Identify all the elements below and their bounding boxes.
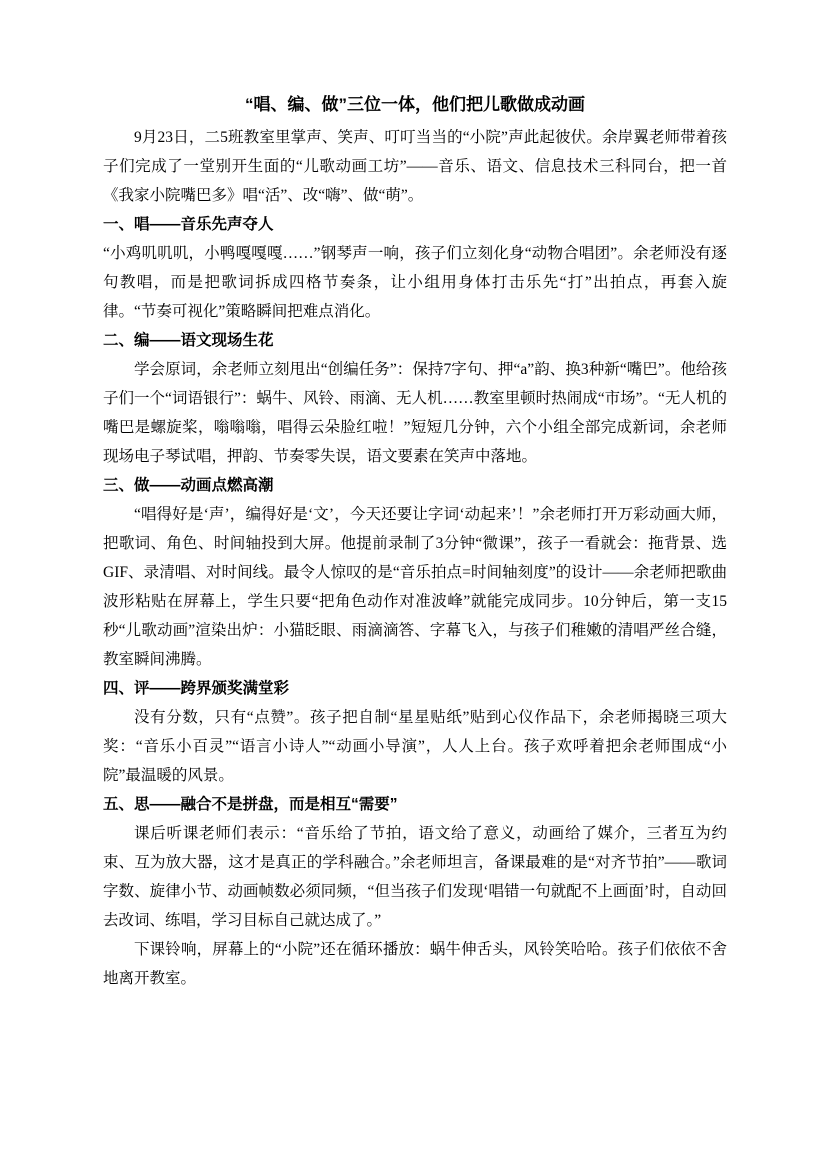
- document-page: “唱、编、做”三位一体，他们把儿歌做成动画 9月23日，二5班教室里掌声、笑声、…: [0, 0, 827, 1170]
- paragraph-ending: 下课铃响，屏幕上的“小院”还在循环播放：蜗牛伸舌头，风铃笑哈哈。孩子们依依不舍地…: [103, 935, 727, 993]
- paragraph-make: “唱得好是‘声’，编得好是‘文’，今天还要让字词‘动起来’！”余老师打开万彩动画…: [103, 500, 727, 674]
- document-title: “唱、编、做”三位一体，他们把儿歌做成动画: [103, 90, 727, 119]
- section-heading-reflect: 五、思——融合不是拼盘，而是相互“需要”: [103, 790, 727, 819]
- section-heading-make: 三、做——动画点燃高潮: [103, 471, 727, 500]
- paragraph-reflect: 课后听课老师们表示：“音乐给了节拍，语文给了意义，动画给了媒介，三者互为约束、互…: [103, 819, 727, 935]
- paragraph-sing: “小鸡叽叽叽，小鸭嘎嘎嘎……”钢琴声一响，孩子们立刻化身“动物合唱团”。余老师没…: [103, 239, 727, 326]
- paragraph-compose: 学会原词，余老师立刻甩出“创编任务”：保持7字句、押“a”韵、换3种新“嘴巴”。…: [103, 355, 727, 471]
- section-heading-compose: 二、编——语文现场生花: [103, 326, 727, 355]
- paragraph-award: 没有分数，只有“点赞”。孩子把自制“星星贴纸”贴到心仪作品下，余老师揭晓三项大奖…: [103, 703, 727, 790]
- section-heading-award: 四、评——跨界颁奖满堂彩: [103, 674, 727, 703]
- section-heading-sing: 一、唱——音乐先声夺人: [103, 210, 727, 239]
- paragraph-intro: 9月23日，二5班教室里掌声、笑声、叮叮当当的“小院”声此起彼伏。余岸翼老师带着…: [103, 123, 727, 210]
